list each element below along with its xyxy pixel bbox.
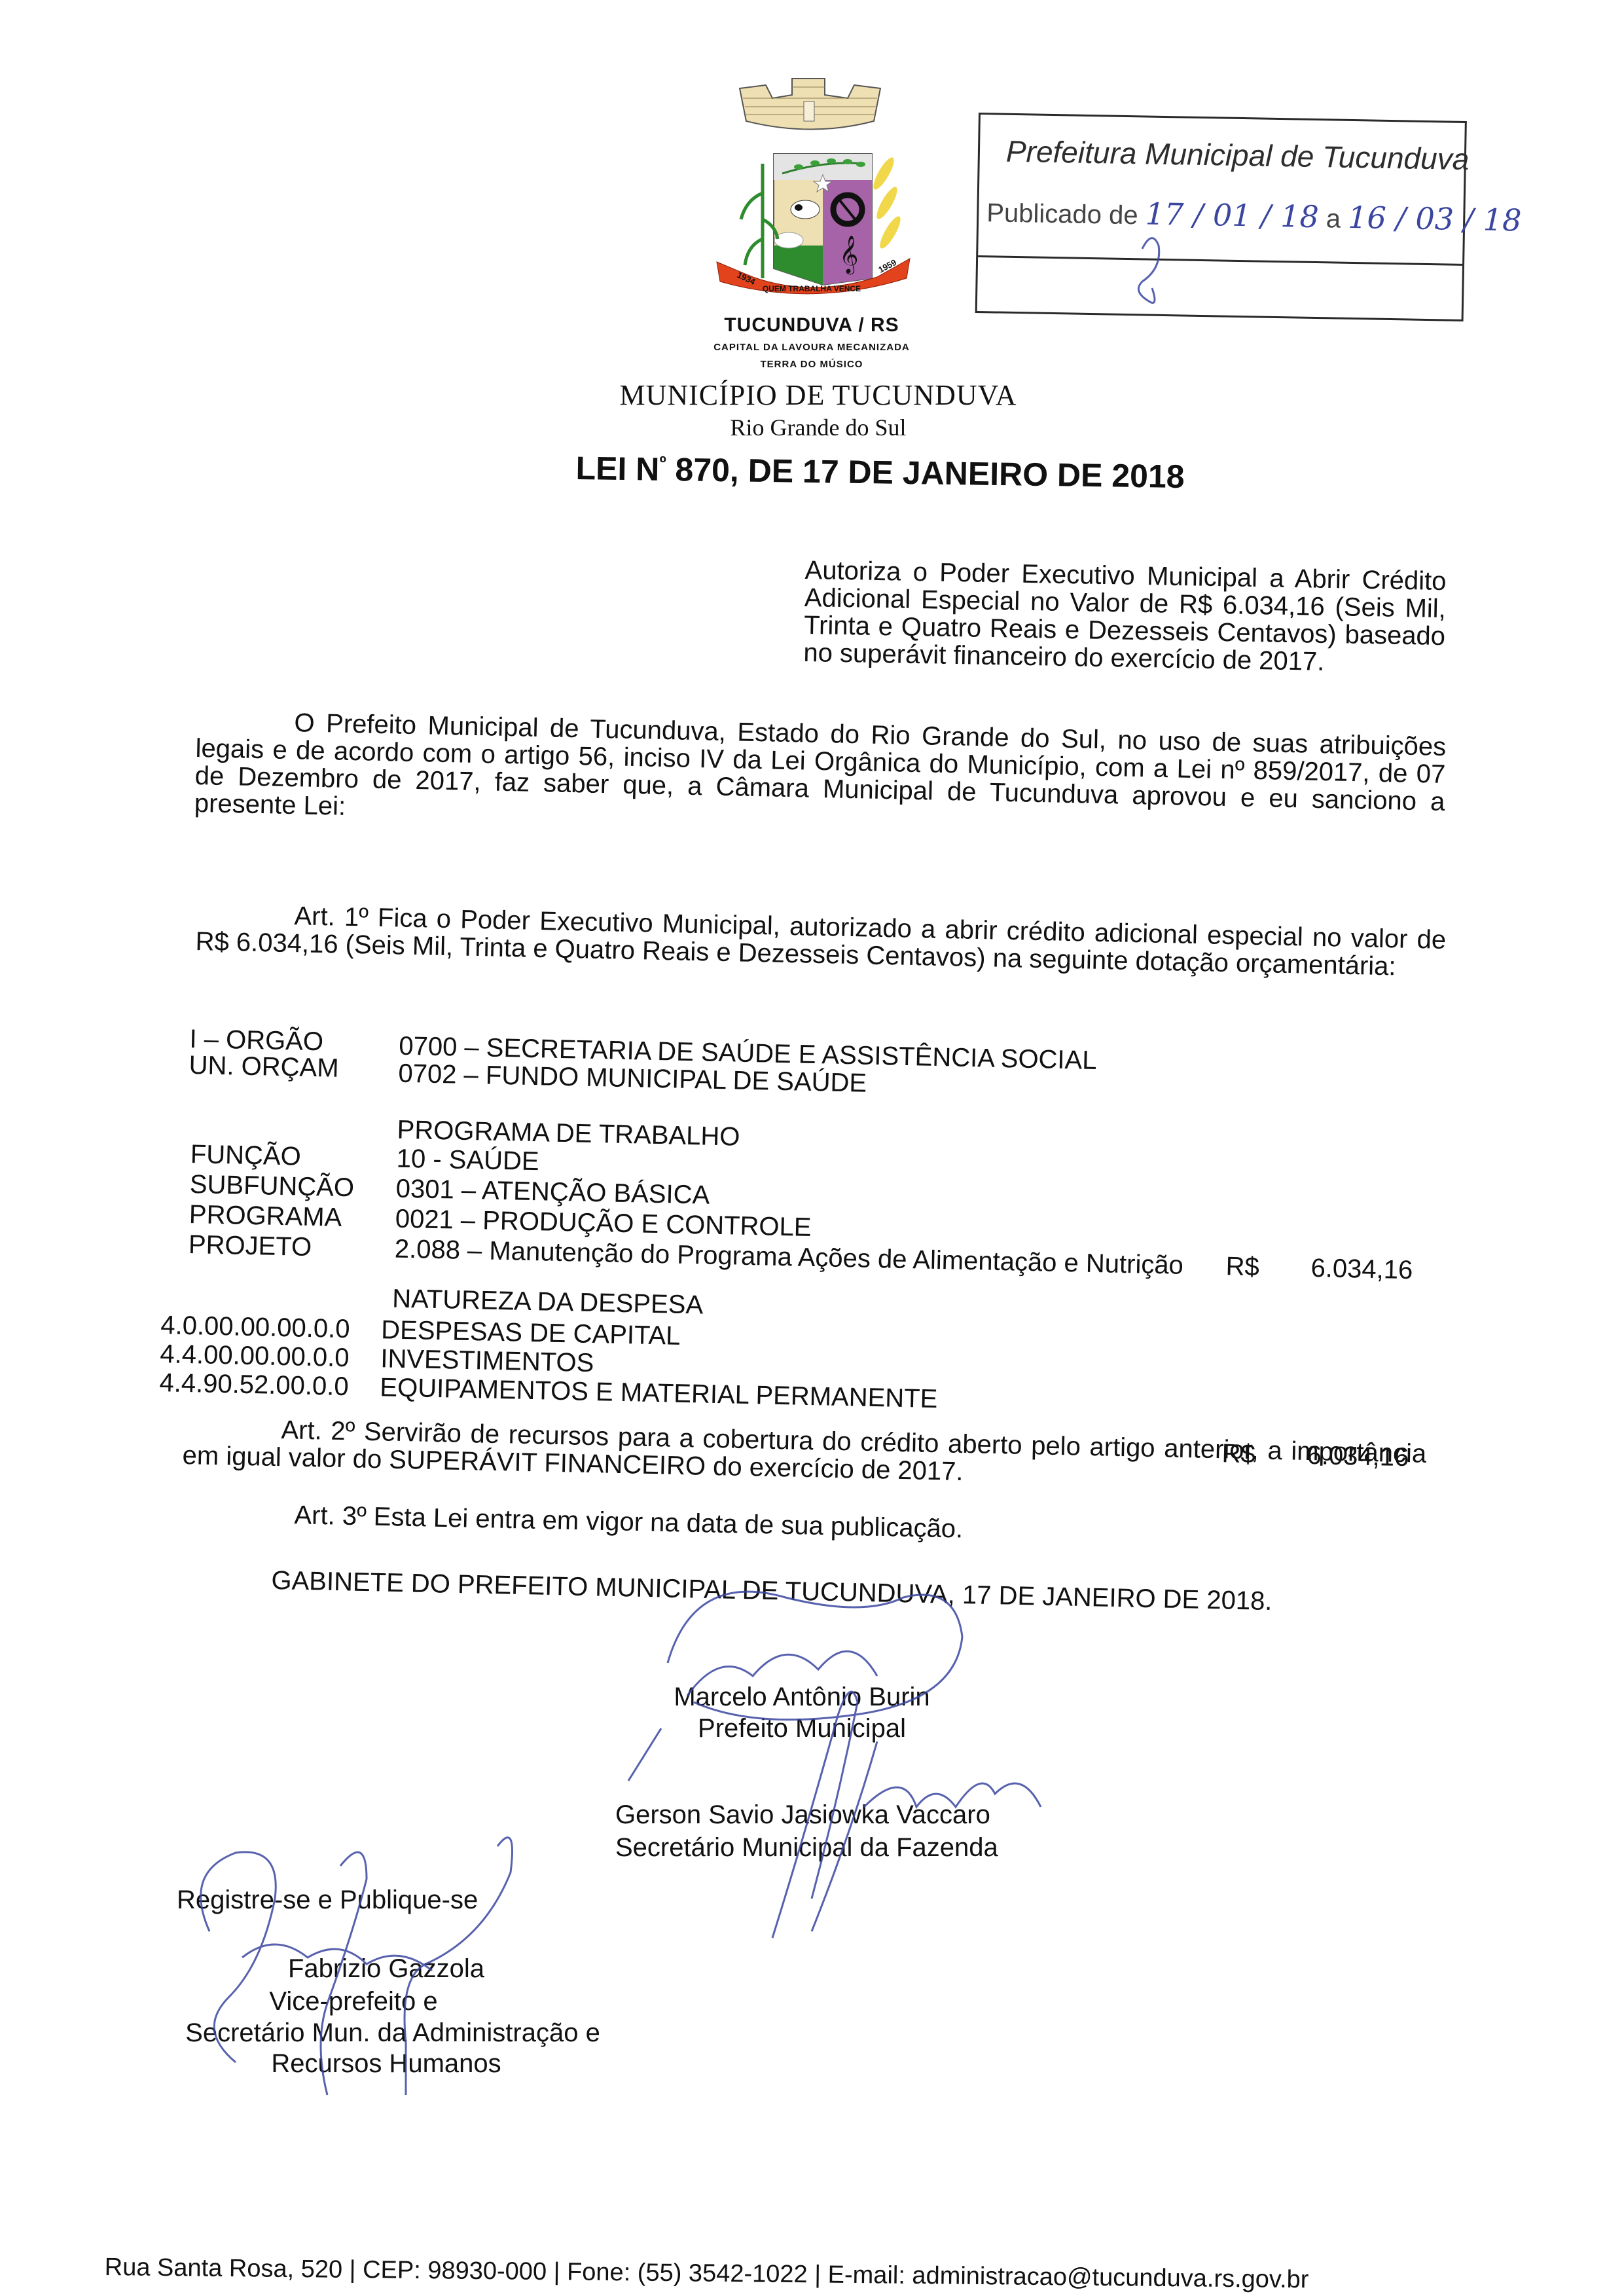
stamp-published-line: Publicado de 17 / 01 / 18 a 16 / 03 / 18 <box>986 193 1522 238</box>
article-3: Art. 3º Esta Lei entra em vigor na data … <box>196 1499 1439 1553</box>
article-1: Art. 1º Fica o Poder Executivo Municipal… <box>195 900 1446 981</box>
footer-email[interactable]: E-mail: administracao@tucunduva.rs.gov.b… <box>827 2261 1308 2294</box>
municipality-name: MUNICÍPIO DE TUCUNDUVA <box>458 378 1178 412</box>
mayor-name: Marcelo Antônio Burin <box>655 1683 949 1712</box>
svg-text:𝄞: 𝄞 <box>839 235 859 275</box>
stamp-date-to: 16 / 03 / 18 <box>1348 200 1522 238</box>
vice-mayor-name: Fabrizio Gazzola <box>223 1954 550 1984</box>
municipal-coat-of-arms-icon: 𝄞 1934 1959 QUEM TRABALHA VENCE <box>700 69 923 298</box>
footer-phone: Fone: (55) 3542-1022 <box>567 2258 808 2288</box>
natureza-description: EQUIPAMENTOS E MATERIAL PERMANENTE <box>380 1373 938 1414</box>
footer-cep: CEP: 98930-000 <box>363 2256 547 2286</box>
stamp-separator: a <box>1326 204 1341 233</box>
vice-mayor-role-line-2: Secretário Mun. da Administração e <box>157 2018 628 2048</box>
law-title: LEI Nº 870, DE 17 DE JANEIRO DE 2018 <box>575 449 1165 496</box>
closing-place-date: GABINETE DO PREFEITO MUNICIPAL DE TUCUND… <box>271 1566 1272 1616</box>
publication-stamp: Prefeitura Municipal de Tucunduva Public… <box>975 113 1467 321</box>
finance-secretary-role: Secretário Municipal da Fazenda <box>615 1833 1074 1863</box>
projeto-currency: R$ <box>1225 1252 1259 1282</box>
preamble-paragraph: O Prefeito Municipal de Tucunduva, Estad… <box>194 707 1446 843</box>
stamp-published-label: Publicado de <box>986 198 1138 230</box>
stamp-title: Prefeitura Municipal de Tucunduva <box>1006 134 1470 177</box>
law-summary: Autoriza o Poder Executivo Municipal a A… <box>803 556 1447 678</box>
crest-caption-slogan-2: TERRA DO MÚSICO <box>641 359 982 370</box>
register-publish-note: Registre-se e Publique-se <box>177 1886 569 1915</box>
mayor-role: Prefeito Municipal <box>655 1714 949 1743</box>
stamp-divider <box>978 255 1462 266</box>
natureza-code: 4.4.00.00.00.0.0 <box>160 1339 350 1373</box>
state-name: Rio Grande do Sul <box>458 414 1178 441</box>
finance-secretary-name: Gerson Savio Jasiowka Vaccaro <box>615 1800 1074 1830</box>
article-2: Art. 2º Servirão de recursos para a cobe… <box>182 1414 1426 1495</box>
natureza-code: 4.4.90.52.00.0.0 <box>159 1368 349 1402</box>
vice-mayor-role-line-1: Vice-prefeito e <box>190 1987 517 2016</box>
footer-contact: Rua Santa Rosa, 520 | CEP: 98930-000 | F… <box>105 2253 1309 2294</box>
vice-mayor-role-line-3: Recursos Humanos <box>190 2049 583 2079</box>
budget-allocation: I – ORGÃO 0700 – SECRETARIA DE SAÚDE E A… <box>190 1025 1434 1051</box>
crest-caption-city: TUCUNDUVA / RS <box>674 314 949 337</box>
projeto-amount: 6.034,16 <box>1310 1254 1413 1285</box>
natureza-code: 4.0.00.00.00.0.0 <box>160 1311 350 1344</box>
crest-caption-slogan: CAPITAL DA LAVOURA MECANIZADA <box>641 342 982 353</box>
stamp-date-from: 17 / 01 / 18 <box>1145 196 1319 234</box>
svg-text:QUEM TRABALHA VENCE: QUEM TRABALHA VENCE <box>763 284 861 293</box>
footer-address: Rua Santa Rosa, 520 <box>105 2253 343 2284</box>
